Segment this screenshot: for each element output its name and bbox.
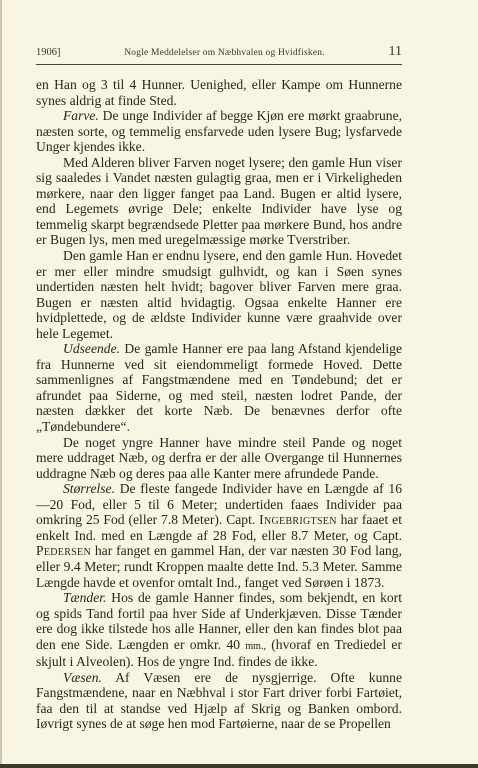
section-heading: Tænder. — [63, 590, 106, 605]
paragraph: en Han og 3 til 4 Hunner. Uenighed, elle… — [36, 77, 402, 108]
scan-edge — [0, 764, 478, 768]
body-text: en Han og 3 til 4 Hunner. Uenighed, elle… — [36, 77, 402, 732]
header-year: 1906] — [36, 47, 61, 58]
paragraph: Den gamle Han er endnu lysere, end den g… — [36, 248, 402, 341]
section-heading: Væsen. — [63, 670, 102, 685]
paragraph: De noget yngre Hanner have mindre steil … — [36, 435, 402, 482]
header-title: Nogle Meddelelser om Næbhvalen og Hvidfi… — [124, 48, 325, 58]
page-number: 11 — [389, 44, 402, 60]
section-heading: Udseende. — [63, 341, 120, 356]
paragraph: Tænder. Hos de gamle Hanner findes, som … — [36, 590, 402, 670]
text-run: De noget yngre Hanner have mindre steil … — [36, 435, 402, 481]
person-name: Ingebrigtsen — [259, 512, 337, 527]
paragraph: Farve. De unge Individer af begge Kjøn e… — [36, 108, 402, 155]
paragraph: Med Alderen bliver Farven noget lysere; … — [36, 155, 402, 248]
text-run: Med Alderen bliver Farven noget lysere; … — [36, 155, 402, 248]
unit-abbrev: mm., — [245, 641, 266, 652]
text-run: en Han og 3 til 4 Hunner. Uenighed, elle… — [36, 77, 402, 108]
book-page: 1906] Nogle Meddelelser om Næbhvalen og … — [0, 0, 478, 764]
paragraph: Væsen. Af Væsen ere de nysgjerrige. Ofte… — [36, 670, 402, 732]
paragraph: Størrelse. De fleste fangede Individer h… — [36, 481, 402, 590]
section-heading: Størrelse. — [63, 481, 115, 496]
text-run: Den gamle Han er endnu lysere, end den g… — [36, 248, 402, 341]
text-run: har fanget en gammel Han, der var næsten… — [36, 543, 402, 589]
section-heading: Farve. — [63, 108, 99, 123]
running-head: 1906] Nogle Meddelelser om Næbhvalen og … — [36, 44, 402, 65]
person-name: Pedersen — [36, 543, 91, 558]
paragraph: Udseende. De gamle Hanner ere paa lang A… — [36, 341, 402, 434]
